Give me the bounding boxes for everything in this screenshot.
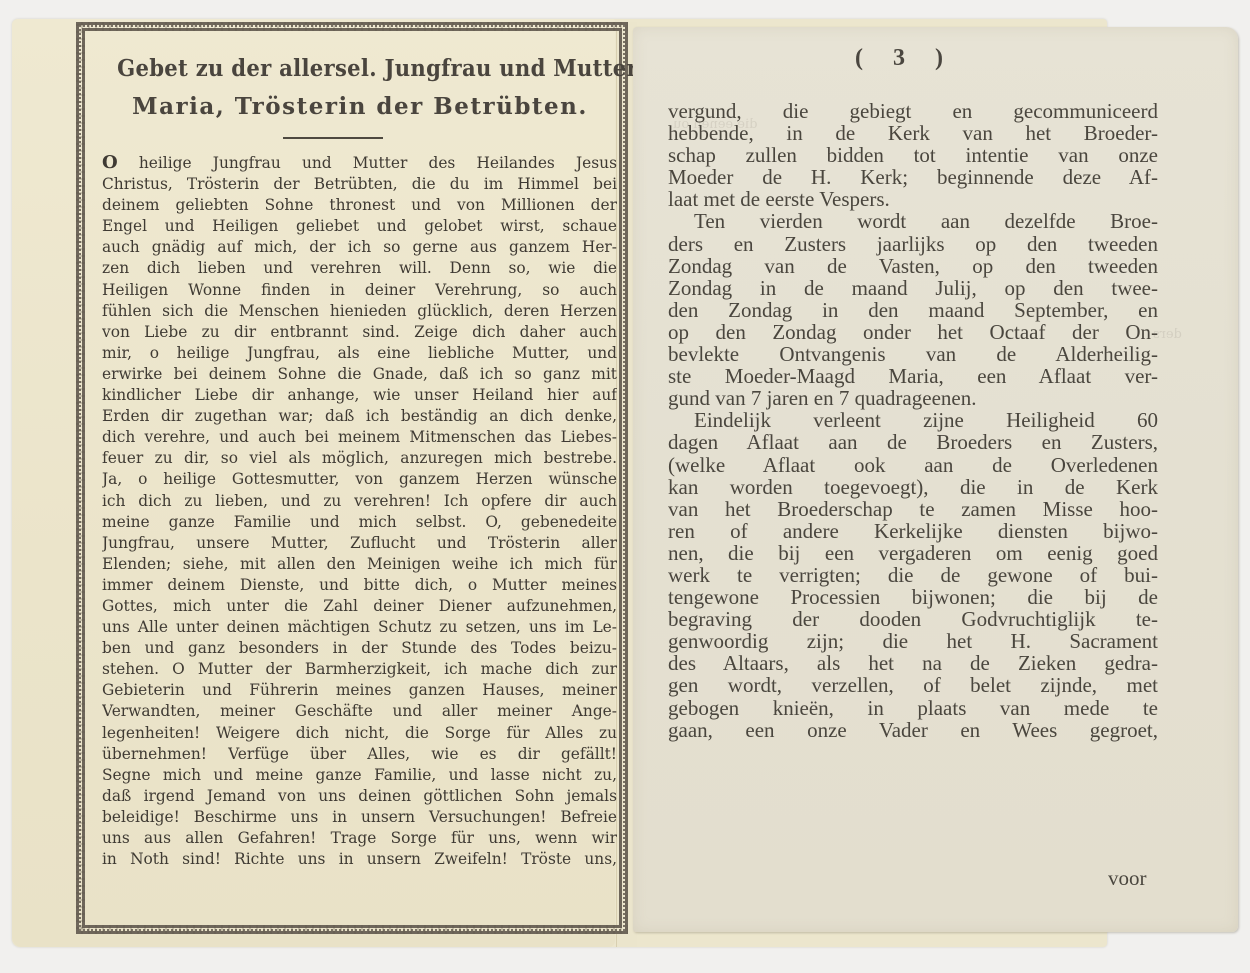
prayer-title-line-2: Maria, Trösterin der Betrübten. bbox=[96, 88, 624, 126]
text-line: ren of andere Kerkelijke diensten bijwo- bbox=[668, 520, 1158, 542]
text-line: Heiligen Wonne finden in deiner Verehrun… bbox=[102, 280, 617, 301]
text-line: zen dich lieben und verehren will. Denn … bbox=[102, 258, 617, 279]
text-line: kan worden toegevoegt), die in de Kerk bbox=[668, 476, 1158, 498]
indulgence-body-text: vergund, die gebiegt en gecommuniceerdhe… bbox=[668, 100, 1158, 741]
text-line: Ja, o heilige Gottesmutter, von ganzem H… bbox=[102, 469, 617, 490]
text-line: Zondag van de Vasten, op den tweeden bbox=[668, 255, 1158, 277]
text-line: hebbende, in de Kerk van het Broeder- bbox=[668, 122, 1158, 144]
text-line: Segne mich und meine ganze Familie, und … bbox=[102, 765, 617, 786]
text-line: übernehmen! Verfüge über Alles, wie es d… bbox=[102, 744, 617, 765]
page-number: ( 3 ) bbox=[845, 45, 965, 72]
text-line: den Zondag in den maand September, en bbox=[668, 299, 1158, 321]
text-line: ben und ganz besonders in der Stunde des… bbox=[102, 638, 617, 659]
text-line: daß irgend Jemand von uns deinen göttlic… bbox=[102, 786, 617, 807]
text-line: Gebieterin und Führerin meines ganzen Ha… bbox=[102, 680, 617, 701]
text-line: erwirke bei deinem Sohne die Gnade, daß … bbox=[102, 364, 617, 385]
text-line: dagen Aflaat aan de Broeders en Zusters, bbox=[668, 431, 1158, 453]
prayer-title-line-1: Gebet zu der allersel. Jungfrau und Mutt… bbox=[117, 50, 603, 88]
text-line: schap zullen bidden tot intentie van onz… bbox=[668, 144, 1158, 166]
text-line: Gottes, mich unter die Zahl deiner Diene… bbox=[102, 596, 617, 617]
text-line: stehen. O Mutter der Barmherzigkeit, ich… bbox=[102, 659, 617, 680]
text-line: Christus, Trösterin der Betrübten, die d… bbox=[102, 174, 617, 195]
text-line: in Noth sind! Richte uns in unsern Zweif… bbox=[102, 849, 617, 870]
text-line: bevlekte Ontvangenis van de Alderheilig- bbox=[668, 343, 1158, 365]
text-line: ste Moeder-Maagd Maria, een Aflaat ver- bbox=[668, 365, 1158, 387]
text-line: Engel und Heiligen geliebet und gelobet … bbox=[102, 216, 617, 237]
text-line: legenheiten! Weigere dich nicht, die Sor… bbox=[102, 723, 617, 744]
text-line: van het Broederschap te zamen Misse hoo- bbox=[668, 498, 1158, 520]
catchword: voor bbox=[1108, 866, 1147, 891]
text-line: von Liebe zu dir entbrannt sind. Zeige d… bbox=[102, 322, 617, 343]
text-line: gen wordt, verzellen, of belet zijnde, m… bbox=[668, 674, 1158, 696]
text-line: ders en Zusters jaarlijks op den tweeden bbox=[668, 233, 1158, 255]
text-line: dich verehre, und auch bei meinem Mitmen… bbox=[102, 427, 617, 448]
text-line: uns aus allen Gefahren! Trage Sorge für … bbox=[102, 828, 617, 849]
text-line: Zondag in de maand Julij, op den twee- bbox=[668, 277, 1158, 299]
text-line: O heilige Jungfrau und Mutter des Heilan… bbox=[102, 152, 617, 174]
text-line: gund van 7 jaren en 7 quadrageenen. bbox=[668, 387, 1158, 409]
text-line: auch gnädig auf mich, der ich so gerne a… bbox=[102, 237, 617, 258]
text-line: Moeder de H. Kerk; beginnende deze Af- bbox=[668, 166, 1158, 188]
text-line: op den Zondag onder het Octaaf der On- bbox=[668, 321, 1158, 343]
text-line: meine ganze Familie und mich selbst. O, … bbox=[102, 512, 617, 533]
text-line: immer deinem Dienste, und bitte dich, o … bbox=[102, 575, 617, 596]
text-line: (welke Aflaat ook aan de Overledenen bbox=[668, 454, 1158, 476]
text-line: vergund, die gebiegt en gecommuniceerd bbox=[668, 100, 1158, 122]
prayer-title: Gebet zu der allersel. Jungfrau und Mutt… bbox=[96, 50, 624, 126]
text-line: kindlicher Liebe dir anhange, wie unser … bbox=[102, 385, 617, 406]
text-line: uns Alle unter deinen mächtigen Schutz z… bbox=[102, 617, 617, 638]
text-line: deinem geliebten Sohne thronest und von … bbox=[102, 195, 617, 216]
text-line: Erden dir zugethan war; daß ich beständi… bbox=[102, 406, 617, 427]
text-line: beleidige! Beschirme uns in unsern Versu… bbox=[102, 807, 617, 828]
text-line: ich dich zu lieben, und zu verehren! Ich… bbox=[102, 491, 617, 512]
prayer-body-text: O heilige Jungfrau und Mutter des Heilan… bbox=[102, 152, 617, 870]
text-line: nen, die bij een vergaderen om eenig goe… bbox=[668, 542, 1158, 564]
text-line: feuer zu dir, so viel als möglich, anzur… bbox=[102, 448, 617, 469]
text-line: werk te verrigten; die de gewone of bui- bbox=[668, 564, 1158, 586]
text-line: gebogen knieën, in plaats van mede te bbox=[668, 697, 1158, 719]
text-line: Eindelijk verleent zijne Heiligheid 60 bbox=[668, 409, 1158, 431]
text-line: Jungfrau, unsere Mutter, Zuflucht und Tr… bbox=[102, 533, 617, 554]
text-line: gaan, een onze Vader en Wees gegroet, bbox=[668, 719, 1158, 741]
text-line: fühlen sich die Menschen hienieden glück… bbox=[102, 301, 617, 322]
text-line: begraving der dooden Godvruchtiglijk te- bbox=[668, 608, 1158, 630]
text-line: Verwandten, meiner Geschäfte und aller m… bbox=[102, 701, 617, 722]
text-line: mir, o heilige Jungfrau, als eine liebli… bbox=[102, 343, 617, 364]
text-line: tengewone Processien bijwonen; die bij d… bbox=[668, 586, 1158, 608]
text-line: Elenden; siehe, mit allen den Meinigen w… bbox=[102, 554, 617, 575]
title-divider-rule bbox=[283, 137, 383, 139]
text-line: genwoordig zijn; die het H. Sacrament bbox=[668, 630, 1158, 652]
text-line: laat met de eerste Vespers. bbox=[668, 188, 1158, 210]
text-line: des Altaars, als het na de Zieken gedra- bbox=[668, 652, 1158, 674]
text-line: Ten vierden wordt aan dezelfde Broe- bbox=[668, 210, 1158, 232]
